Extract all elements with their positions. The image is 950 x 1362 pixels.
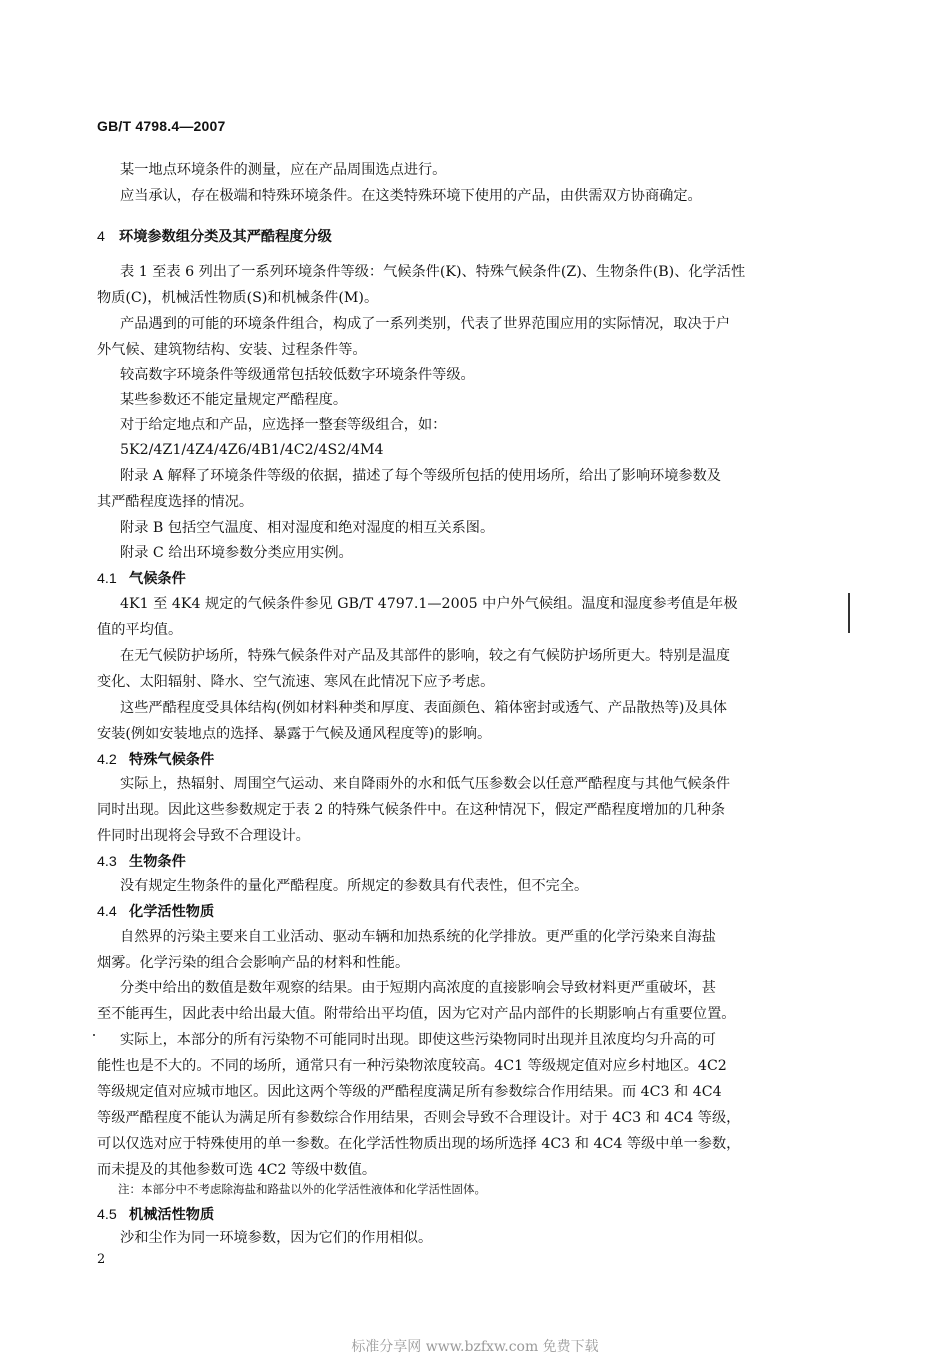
standard-code: GB/T 4798.4—2007 xyxy=(97,118,226,134)
text-line: 附录 A 解释了环境条件等级的依据，描述了每个等级所包括的使用场所，给出了影响环… xyxy=(120,466,721,486)
text-line: 件同时出现将会导致不合理设计。 xyxy=(97,826,310,846)
section-4-5-heading: 4.5机械活性物质 xyxy=(97,1204,214,1224)
text-line: 在无气候防护场所，特殊气候条件对产品及其部件的影响，较之有气候防护场所更大。特别… xyxy=(120,646,730,666)
text-line: 附录 B 包括空气温度、相对湿度和绝对湿度的相互关系图。 xyxy=(120,518,494,538)
text-line: 可以仅选对应于特殊使用的单一参数。在化学活性物质出现的场所选择 4C3 和 4C… xyxy=(97,1134,740,1154)
intro-paragraph-1: 某一地点环境条件的测量，应在产品周围选点进行。 xyxy=(120,160,446,180)
text-line: 变化、太阳辐射、降水、空气流速、寒风在此情况下应予考虑。 xyxy=(97,672,494,692)
text-line: 这些严酷程度受具体结构(例如材料种类和厚度、表面颜色、箱体密封或透气、产品散热等… xyxy=(120,698,727,718)
class-combination-example: 5K2/4Z1/4Z4/4Z6/4B1/4C2/4S2/4M4 xyxy=(120,440,384,460)
text-line: 自然界的污染主要来自工业活动、驱动车辆和加热系统的化学排放。更严重的化学污染来自… xyxy=(120,927,716,947)
text-line: 值的平均值。 xyxy=(97,620,182,640)
text-line: 对于给定地点和产品，应选择一整套等级组合，如： xyxy=(120,415,446,435)
section-number: 4 xyxy=(97,229,119,245)
section-title: 机械活性物质 xyxy=(129,1207,214,1223)
text-line: 产品遇到的可能的环境条件组合，构成了一系列类别，代表了世界范围应用的实际情况，取… xyxy=(120,314,730,334)
section-number: 4.3 xyxy=(97,854,129,870)
text-line: 附录 C 给出环境参数分类应用实例。 xyxy=(120,543,353,563)
text-line: 较高数字环境条件等级通常包括较低数字环境条件等级。 xyxy=(120,365,475,385)
section-4-3-heading: 4.3生物条件 xyxy=(97,851,186,871)
section-4-4-heading: 4.4化学活性物质 xyxy=(97,901,214,921)
text-line: 安装(例如安装地点的选择、暴露于气候及通风程度等)的影响。 xyxy=(97,724,491,744)
text-line: 物质(C)，机械活性物质(S)和机械条件(M)。 xyxy=(97,288,378,308)
section-title: 化学活性物质 xyxy=(129,904,214,920)
section-number: 4.5 xyxy=(97,1207,129,1223)
section-number: 4.2 xyxy=(97,752,129,768)
text-line: 某些参数还不能定量规定严酷程度。 xyxy=(120,390,347,410)
margin-scan-mark xyxy=(848,593,850,633)
intro-paragraph-2: 应当承认，存在极端和特殊环境条件。在这类特殊环境下使用的产品，由供需双方协商确定… xyxy=(120,186,702,206)
scan-speck xyxy=(93,1034,95,1036)
section-number: 4.4 xyxy=(97,904,129,920)
text-line: 而未提及的其他参数可选 4C2 等级中数值。 xyxy=(97,1160,376,1180)
text-line: 烟雾。化学污染的组合会影响产品的材料和性能。 xyxy=(97,953,409,973)
text-line: 表 1 至表 6 列出了一系列环境条件等级：气候条件(K)、特殊气候条件(Z)、… xyxy=(120,262,745,282)
text-line: 实际上，本部分的所有污染物不可能同时出现。即使这些污染物同时出现并且浓度均匀升高… xyxy=(120,1030,716,1050)
section-number: 4.1 xyxy=(97,571,129,587)
text-line: 没有规定生物条件的量化严酷程度。所规定的参数具有代表性，但不完全。 xyxy=(120,876,588,896)
text-line: 能性也是不大的。不同的场所，通常只有一种污染物浓度较高。4C1 等级规定值对应乡… xyxy=(97,1056,727,1076)
text-line: 至不能再生，因此表中给出最大值。附带给出平均值，因为它对产品内部件的长期影响占有… xyxy=(97,1004,735,1024)
watermark: 标准分享网 www.bzfxw.com 免费下载 xyxy=(0,1336,950,1356)
text-line: 分类中给出的数值是数年观察的结果。由于短期内高浓度的直接影响会导致材料更严重破坏… xyxy=(120,978,716,998)
section-4-1-heading: 4.1气候条件 xyxy=(97,568,186,588)
section-4-2-heading: 4.2特殊气候条件 xyxy=(97,749,214,769)
text-line: 实际上，热辐射、周围空气运动、来自降雨外的水和低气压参数会以任意严酷程度与其他气… xyxy=(120,774,730,794)
section-note: 注：本部分中不考虑除海盐和路盐以外的化学活性液体和化学活性固体。 xyxy=(118,1181,486,1197)
text-line: 等级规定值对应城市地区。因此这两个等级的严酷程度满足所有参数综合作用结果。而 4… xyxy=(97,1082,722,1102)
section-title: 气候条件 xyxy=(129,571,186,587)
section-title: 生物条件 xyxy=(129,854,186,870)
page-number: 2 xyxy=(97,1252,105,1267)
text-line: 4K1 至 4K4 规定的气候条件参见 GB/T 4797.1—2005 中户外… xyxy=(120,594,738,614)
text-line: 外气候、建筑物结构、安装、过程条件等。 xyxy=(97,340,367,360)
document-page: GB/T 4798.4—2007 某一地点环境条件的测量，应在产品周围选点进行。… xyxy=(0,0,950,1362)
section-title: 环境参数组分类及其严酷程度分级 xyxy=(119,229,332,245)
text-line: 等级严酷程度不能认为满足所有参数综合作用结果，否则会导致不合理设计。对于 4C3… xyxy=(97,1108,740,1128)
text-line: 同时出现。因此这些参数规定于表 2 的特殊气候条件中。在这种情况下，假定严酷程度… xyxy=(97,800,725,820)
section-4-heading: 4环境参数组分类及其严酷程度分级 xyxy=(97,226,332,246)
text-line: 其严酷程度选择的情况。 xyxy=(97,492,253,512)
section-title: 特殊气候条件 xyxy=(129,752,214,768)
text-line: 沙和尘作为同一环境参数，因为它们的作用相似。 xyxy=(120,1228,432,1248)
